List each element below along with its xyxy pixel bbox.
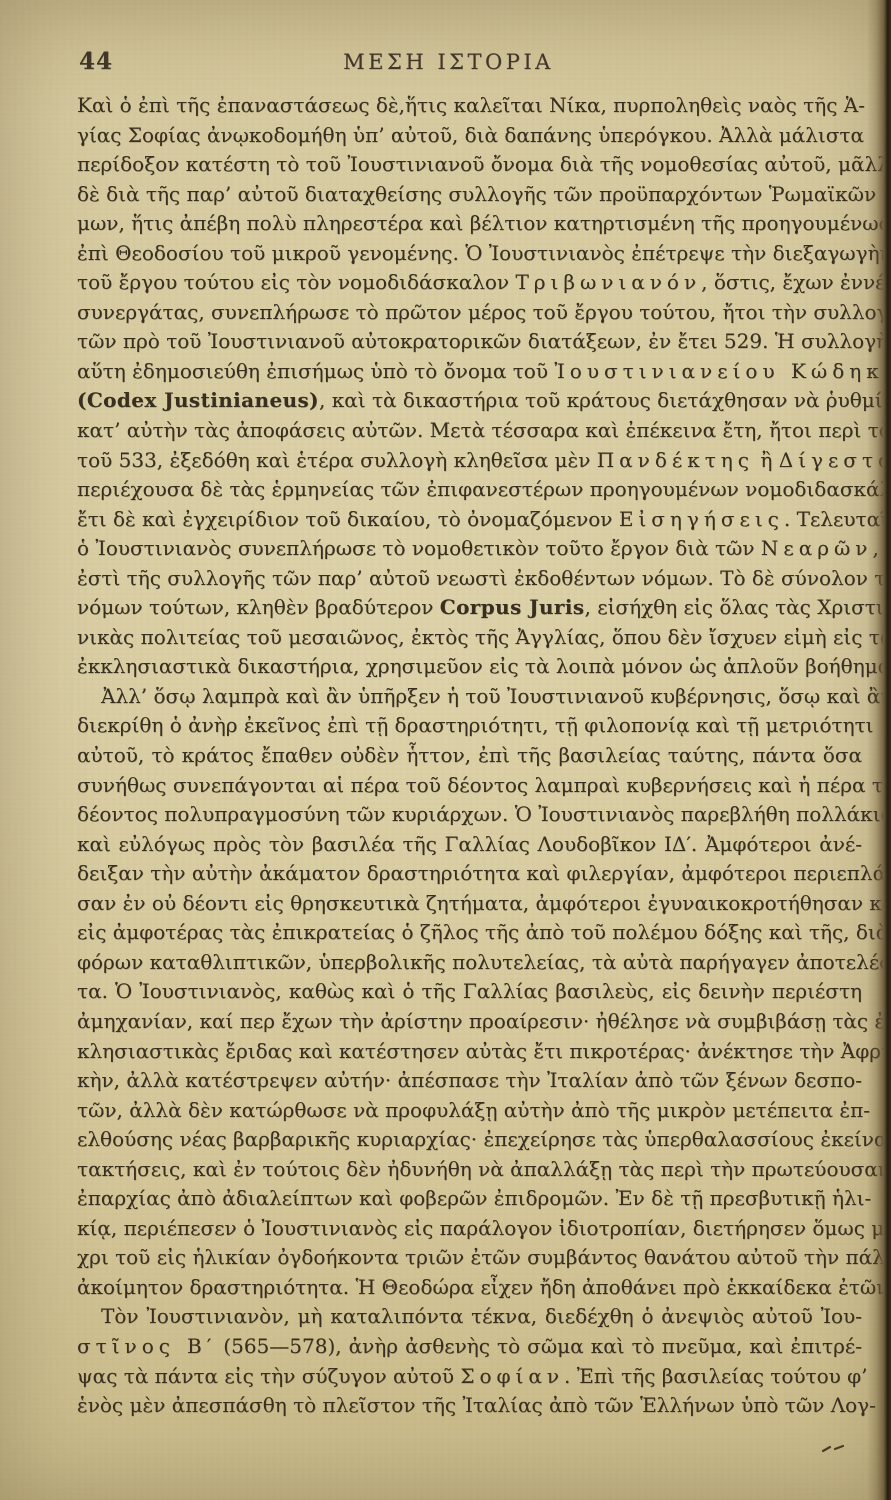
text-line: γίας Σοφίας ἀνῳκοδομήθη ὑπ’ αὐτοῦ, διὰ δ…	[77, 121, 862, 151]
text-segment: κατ’ αὐτὴν τὰς ἀποφάσεις αὐτῶν. Μετὰ τέσ…	[77, 418, 891, 442]
text-line: συνεργάτας, συνεπλήρωσε τὸ πρῶτον μέρος …	[77, 298, 862, 328]
text-line: ἑνὸς μὲν ἀπεσπάσθη τὸ πλεῖστον τῆς Ἰταλί…	[77, 1391, 862, 1421]
text-line: νόμων τούτων, κληθὲν βραδύτερον Corpus J…	[77, 593, 862, 623]
latin-phrase: Corpus Juris	[440, 595, 585, 619]
text-segment: ἐκκλησιαστικὰ δικαστήρια, χρησιμεῦον εἰς…	[77, 654, 891, 678]
text-segment: ἀμηχανίαν, καί περ ἔχων τὴν ἀρίστην προα…	[77, 1009, 891, 1033]
text-segment: συνεργάτας, συνεπλήρωσε τὸ πρῶτον μέρος …	[77, 300, 891, 324]
text-segment: ελθούσης νέας βαρβαρικῆς κυριαρχίας· ἐπε…	[77, 1127, 891, 1151]
text-segment: ἔτι δὲ καὶ ἐγχειρίδιον τοῦ δικαίου, τὸ ὀ…	[77, 507, 619, 531]
text-segment: αὐτοῦ, τὸ κράτος ἔπαθεν οὐδὲν ἧττον, ἐπὶ…	[77, 743, 862, 767]
text-segment: μων, ἥτις ἀπέβη πολὺ πληρεστέρα καὶ βέλτ…	[77, 211, 890, 235]
text-line: ἐπαρχίας ἀπὸ ἀδιαλείπτων καὶ φοβερῶν ἐπι…	[77, 1184, 862, 1214]
text-segment: τοῦ 533, ἐξεδόθη καὶ ἑτέρα συλλογὴ κληθε…	[77, 448, 597, 472]
text-line: τῶν, ἀλλὰ δὲν κατώρθωσε νὰ προφυλάξῃ αὐτ…	[77, 1096, 862, 1126]
text-line: τα. Ὁ Ἰουστινιανὸς, καθὼς καὶ ὁ τῆς Γαλλ…	[77, 977, 862, 1007]
spaced-name: Ἰουστινιανείου Κώδηκος	[554, 359, 891, 383]
text-line: Καὶ ὁ ἐπὶ τῆς ἐπαναστάσεως δὲ,ἥτις καλεῖ…	[77, 91, 862, 121]
text-line: κατ’ αὐτὴν τὰς ἀποφάσεις αὐτῶν. Μετὰ τέσ…	[77, 416, 862, 446]
page-header: 44 ΜΕΣΗ ΙΣΤΟΡΙΑ	[77, 48, 860, 78]
text-line: περίδοξον κατέστη τὸ τοῦ Ἰουστινιανοῦ ὄν…	[77, 150, 862, 180]
text-line: περιέχουσα δὲ τὰς ἑρμηνείας τῶν ἐπιφανεσ…	[77, 475, 862, 505]
text-segment: . Ἐπὶ τῆς βασιλείας τούτου φ’	[564, 1364, 867, 1388]
text-line: τοῦ ἔργου τούτου εἰς τὸν νομοδιδάσκαλον …	[77, 268, 862, 298]
text-segment: Ἀλλ’ ὅσῳ λαμπρὰ καὶ ἂν ὑπῆρξεν ἡ τοῦ Ἰου…	[101, 684, 891, 708]
latin-phrase: (Codex Justinianeus)	[77, 388, 319, 412]
spaced-name: Πανδέκτης	[597, 448, 754, 472]
text-line: τῶν πρὸ τοῦ Ἰουστινιανοῦ αὐτοκρατορικῶν …	[77, 327, 862, 357]
text-segment: , ὅστις, ἔχων ἐννέα	[701, 270, 891, 294]
text-segment: τῶν πρὸ τοῦ Ἰουστινιανοῦ αὐτοκρατορικῶν …	[77, 329, 888, 353]
text-segment: Τὸν Ἰουστινιανὸν, μὴ καταλιπόντα τέκνα, …	[101, 1304, 862, 1328]
pen-mark	[820, 1442, 850, 1454]
text-line: κλησιαστικὰς ἔριδας καὶ κατέστησεν αὐτὰς…	[77, 1037, 862, 1067]
text-line: αὐτοῦ, τὸ κράτος ἔπαθεν οὐδὲν ἧττον, ἐπὶ…	[77, 741, 862, 771]
text-segment: σαν ἐν οὐ δέοντι εἰς θρησκευτικὰ ζητήματ…	[77, 891, 891, 915]
text-segment: κλησιαστικὰς ἔριδας καὶ κατέστησεν αὐτὰς…	[77, 1039, 891, 1063]
text-segment: (565—578), ἀνὴρ ἀσθενὴς τὸ σῶμα καὶ τὸ π…	[216, 1334, 862, 1358]
text-segment: χρι τοῦ εἰς ἡλικίαν ὀγδοήκοντα τριῶν ἐτῶ…	[77, 1245, 891, 1269]
text-line: ψας τὰ πάντα εἰς τὴν σύζυγον αὐτοῦ Σοφία…	[77, 1362, 862, 1392]
text-segment: συνήθως συνεπάγονται αἱ πέρα τοῦ δέοντος…	[77, 773, 891, 797]
text-segment: τῶν, ἀλλὰ δὲν κατώρθωσε νὰ προφυλάξῃ αὐτ…	[77, 1098, 870, 1122]
text-segment: διεκρίθη ὁ ἀνὴρ ἐκεῖνος ἐπὶ τῇ δραστηριό…	[77, 713, 874, 737]
text-line: (Codex Justinianeus), καὶ τὰ δικαστήρια …	[77, 386, 862, 416]
running-title: ΜΕΣΗ ΙΣΤΟΡΙΑ	[77, 50, 820, 74]
text-segment: καὶ εὐλόγως πρὸς τὸν βασιλέα τῆς Γαλλίας…	[77, 832, 862, 856]
text-line: σαν ἐν οὐ δέοντι εἰς θρησκευτικὰ ζητήματ…	[77, 889, 862, 919]
scanned-book-page: { "page": { "number": "44", "header_titl…	[0, 0, 891, 1500]
text-line: ἐστὶ τῆς συλλογῆς τῶν παρ’ αὐτοῦ νεωστὶ …	[77, 564, 862, 594]
text-line: ἀμηχανίαν, καί περ ἔχων τὴν ἀρίστην προα…	[77, 1007, 862, 1037]
text-line: αὕτη ἐδημοσιεύθη ἐπισήμως ὑπὸ τὸ ὄνομα τ…	[77, 357, 862, 387]
text-line: διεκρίθη ὁ ἀνὴρ ἐκεῖνος ἐπὶ τῇ δραστηριό…	[77, 711, 862, 741]
spaced-name: Νεαρῶν	[761, 536, 873, 560]
text-line: συνήθως συνεπάγονται αἱ πέρα τοῦ δέοντος…	[77, 771, 862, 801]
page-edge-shadow	[867, 0, 891, 1500]
text-line: Τὸν Ἰουστινιανὸν, μὴ καταλιπόντα τέκνα, …	[77, 1302, 862, 1332]
text-segment: γίας Σοφίας ἀνῳκοδομήθη ὑπ’ αὐτοῦ, διὰ δ…	[77, 123, 864, 147]
text-segment: δέοντος πολυπραγμοσύνη τῶν κυριάρχων. Ὁ …	[77, 802, 891, 826]
text-line: τοῦ 533, ἐξεδόθη καὶ ἑτέρα συλλογὴ κληθε…	[77, 446, 862, 476]
spaced-name: Σοφίαν	[460, 1364, 564, 1388]
text-segment: ἀκοίμητον δραστηριότητα. Ἡ Θεοδώρα εἶχεν…	[77, 1275, 891, 1299]
text-segment: αὕτη ἐδημοσιεύθη ἐπισήμως ὑπὸ τὸ ὄνομα τ…	[77, 359, 554, 383]
text-line: κίᾳ, περιέπεσεν ὁ Ἰουστινιανὸς εἰς παράλ…	[77, 1214, 862, 1244]
text-segment: , εἰσήχθη εἰς ὅλας τὰς Χριστια-	[585, 595, 891, 619]
text-line: ελθούσης νέας βαρβαρικῆς κυριαρχίας· ἐπε…	[77, 1125, 862, 1155]
text-segment: δειξαν τὴν αὐτὴν ἀκάματον δραστηριότητα …	[77, 861, 891, 885]
text-line: εἰς ἀμφοτέρας τὰς ἐπικρατείας ὁ ζῆλος τῆ…	[77, 918, 862, 948]
text-line: καὶ εὐλόγως πρὸς τὸν βασιλέα τῆς Γαλλίας…	[77, 830, 862, 860]
text-segment: ἑνὸς μὲν ἀπεσπάσθη τὸ πλεῖστον τῆς Ἰταλί…	[77, 1393, 876, 1417]
text-segment: Καὶ ὁ ἐπὶ τῆς ἐπαναστάσεως δὲ,ἥτις καλεῖ…	[77, 93, 865, 117]
text-line: δειξαν τὴν αὐτὴν ἀκάματον δραστηριότητα …	[77, 859, 862, 889]
text-segment: δὲ διὰ τῆς παρ’ αὐτοῦ διαταχθείσης συλλο…	[77, 182, 891, 206]
text-line: Ἀλλ’ ὅσῳ λαμπρὰ καὶ ἂν ὑπῆρξεν ἡ τοῦ Ἰου…	[77, 682, 862, 712]
spaced-name: Τριβωνιανόν	[515, 270, 701, 294]
body-text: Καὶ ὁ ἐπὶ τῆς ἐπαναστάσεως δὲ,ἥτις καλεῖ…	[77, 91, 862, 1421]
text-segment: ἢ	[754, 448, 779, 472]
text-segment: , καὶ τὰ δικαστήρια τοῦ κράτους διετάχθη…	[319, 388, 891, 412]
text-segment: ἐπὶ Θεοδοσίου τοῦ μικροῦ γενομένης. Ὁ Ἰο…	[77, 241, 891, 265]
spaced-name: στῖνος Β′	[77, 1334, 216, 1358]
text-segment: νικὰς πολιτείας τοῦ μεσαιῶνος, ἐκτὸς τῆς…	[77, 625, 891, 649]
text-line: ἐπὶ Θεοδοσίου τοῦ μικροῦ γενομένης. Ὁ Ἰο…	[77, 239, 862, 269]
text-segment: τα. Ὁ Ἰουστινιανὸς, καθὼς καὶ ὁ τῆς Γαλλ…	[77, 979, 862, 1003]
text-segment: περιέχουσα δὲ τὰς ἑρμηνείας τῶν ἐπιφανεσ…	[77, 477, 891, 501]
text-line: φόρων καταθλιπτικῶν, ὑπερβολικῆς πολυτελ…	[77, 948, 862, 978]
text-line: χρι τοῦ εἰς ἡλικίαν ὀγδοήκοντα τριῶν ἐτῶ…	[77, 1243, 862, 1273]
spaced-name: Εἰσηγήσεις	[619, 507, 784, 531]
text-segment: κὴν, ἀλλὰ κατέστρεψεν αὐτήν· ἀπέσπασε τὴ…	[77, 1068, 862, 1092]
text-line: ἀκοίμητον δραστηριότητα. Ἡ Θεοδώρα εἶχεν…	[77, 1273, 862, 1303]
text-segment: ὁ Ἰουστινιανὸς συνεπλήρωσε τὸ νομοθετικὸ…	[77, 536, 761, 560]
text-line: μων, ἥτις ἀπέβη πολὺ πληρεστέρα καὶ βέλτ…	[77, 209, 862, 239]
text-segment: τοῦ ἔργου τούτου εἰς τὸν νομοδιδάσκαλον	[77, 270, 515, 294]
text-segment: τακτήσεις, καὶ ἐν τούτοις δὲν ἠδυνήθη νὰ…	[77, 1157, 890, 1181]
text-segment: εἰς ἀμφοτέρας τὰς ἐπικρατείας ὁ ζῆλος τῆ…	[77, 920, 889, 944]
text-line: ὁ Ἰουστινιανὸς συνεπλήρωσε τὸ νομοθετικὸ…	[77, 534, 862, 564]
book-page-paper: 44 ΜΕΣΗ ΙΣΤΟΡΙΑ Καὶ ὁ ἐπὶ τῆς ἐπαναστάσε…	[0, 0, 891, 1500]
text-segment: περίδοξον κατέστη τὸ τοῦ Ἰουστινιανοῦ ὄν…	[77, 152, 891, 176]
text-segment: κίᾳ, περιέπεσεν ὁ Ἰουστινιανὸς εἰς παράλ…	[77, 1216, 891, 1240]
text-line: νικὰς πολιτείας τοῦ μεσαιῶνος, ἐκτὸς τῆς…	[77, 623, 862, 653]
text-segment: φόρων καταθλιπτικῶν, ὑπερβολικῆς πολυτελ…	[77, 950, 891, 974]
text-segment: ψας τὰ πάντα εἰς τὴν σύζυγον αὐτοῦ	[77, 1364, 460, 1388]
text-segment: νόμων τούτων, κληθὲν βραδύτερον	[77, 595, 440, 619]
text-line: ἔτι δὲ καὶ ἐγχειρίδιον τοῦ δικαίου, τὸ ὀ…	[77, 505, 862, 535]
text-line: δέοντος πολυπραγμοσύνη τῶν κυριάρχων. Ὁ …	[77, 800, 862, 830]
text-line: ἐκκλησιαστικὰ δικαστήρια, χρησιμεῦον εἰς…	[77, 652, 862, 682]
text-segment: ἐστὶ τῆς συλλογῆς τῶν παρ’ αὐτοῦ νεωστὶ …	[77, 566, 891, 590]
text-segment: ἐπαρχίας ἀπὸ ἀδιαλείπτων καὶ φοβερῶν ἐπι…	[77, 1186, 871, 1210]
text-line: τακτήσεις, καὶ ἐν τούτοις δὲν ἠδυνήθη νὰ…	[77, 1155, 862, 1185]
text-line: δὲ διὰ τῆς παρ’ αὐτοῦ διαταχθείσης συλλο…	[77, 180, 862, 210]
text-line: κὴν, ἀλλὰ κατέστρεψεν αὐτήν· ἀπέσπασε τὴ…	[77, 1066, 862, 1096]
text-line: στῖνος Β′ (565—578), ἀνὴρ ἀσθενὴς τὸ σῶμ…	[77, 1332, 862, 1362]
